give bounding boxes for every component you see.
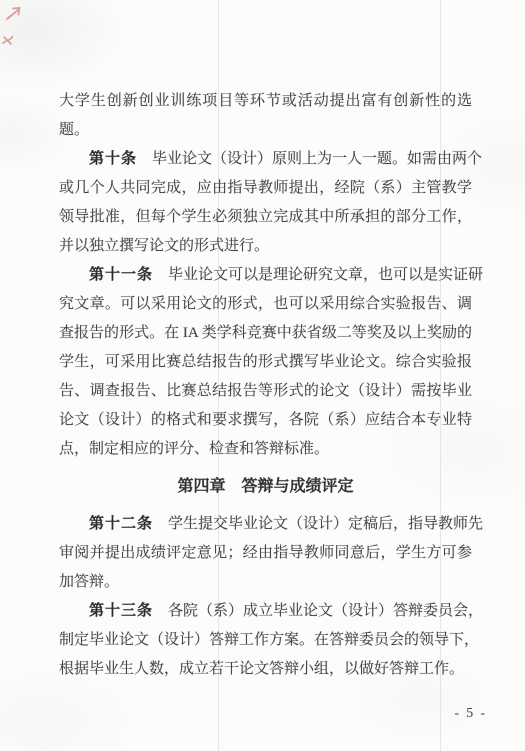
text-line: 第十二条 学生提交毕业论文（设计）定稿后，指导教师先 [59, 510, 472, 539]
paragraph: 第十一条 毕业论文可以是理论研究文章，也可以是实证研究文章。可以采用论文的形式，… [59, 261, 472, 464]
text-line: 第十三条 各院（系）成立毕业论文（设计）答辩委员会， [59, 597, 472, 626]
text-line: 学生，可采用比赛总结报告的形式撰写毕业论文。综合实验报 [59, 348, 472, 377]
text-line: 第十条 毕业论文（设计）原则上为一人一题。如需由两个 [59, 145, 472, 174]
article-number: 第十一条 [89, 267, 153, 283]
article-number: 第十条 [89, 151, 137, 167]
text-line: 点，制定相应的评分、检查和答辩标准。 [59, 435, 472, 464]
scanned-page: 大学生创新创业训练项目等环节或活动提出富有创新性的选题。第十条 毕业论文（设计）… [0, 0, 525, 751]
paragraph: 大学生创新创业训练项目等环节或活动提出富有创新性的选题。 [59, 87, 472, 145]
chapter-heading: 第四章 答辩与成绩评定 [59, 472, 472, 501]
text-line: 并以独立撰写论文的形式进行。 [59, 232, 472, 261]
red-pen-mark-icon [1, 33, 15, 47]
paragraph: 第十三条 各院（系）成立毕业论文（设计）答辩委员会，制定毕业论文（设计）答辩工作… [59, 597, 472, 684]
text-line: 或几个人共同完成，应由指导教师提出，经院（系）主管教学 [59, 174, 472, 203]
text-line: 究文章。可以采用论文的形式，也可以采用综合实验报告、调 [59, 290, 472, 319]
text-line: 领导批准，但每个学生必须独立完成其中所承担的部分工作， [59, 203, 472, 232]
text-line: 审阅并提出成绩评定意见；经由指导教师同意后，学生方可参 [59, 539, 472, 568]
text-line: 告、调查报告、比赛总结报告等形式的论文（设计）需按毕业 [59, 377, 472, 406]
text-line: 大学生创新创业训练项目等环节或活动提出富有创新性的选 [59, 87, 472, 116]
red-pen-mark-icon [5, 6, 23, 22]
paragraph: 第十二条 学生提交毕业论文（设计）定稿后，指导教师先审阅并提出成绩评定意见；经由… [59, 510, 472, 597]
text-line: 查报告的形式。在 IA 类学科竞赛中获省级二等奖及以上奖励的 [59, 319, 472, 348]
page-number: - 5 - [455, 705, 488, 721]
text-line: 第十一条 毕业论文可以是理论研究文章，也可以是实证研 [59, 261, 472, 290]
article-number: 第十二条 [89, 516, 153, 532]
document-body: 大学生创新创业训练项目等环节或活动提出富有创新性的选题。第十条 毕业论文（设计）… [59, 87, 472, 684]
article-number: 第十三条 [89, 603, 153, 619]
text-line: 论文（设计）的格式和要求撰写，各院（系）应结合本专业特 [59, 406, 472, 435]
text-line: 根据毕业生人数，成立若干论文答辩小组，以做好答辩工作。 [59, 655, 472, 684]
text-line: 题。 [59, 116, 472, 145]
text-line: 加答辩。 [59, 568, 472, 597]
paragraph: 第十条 毕业论文（设计）原则上为一人一题。如需由两个或几个人共同完成，应由指导教… [59, 145, 472, 261]
text-line: 制定毕业论文（设计）答辩工作方案。在答辩委员会的领导下， [59, 626, 472, 655]
